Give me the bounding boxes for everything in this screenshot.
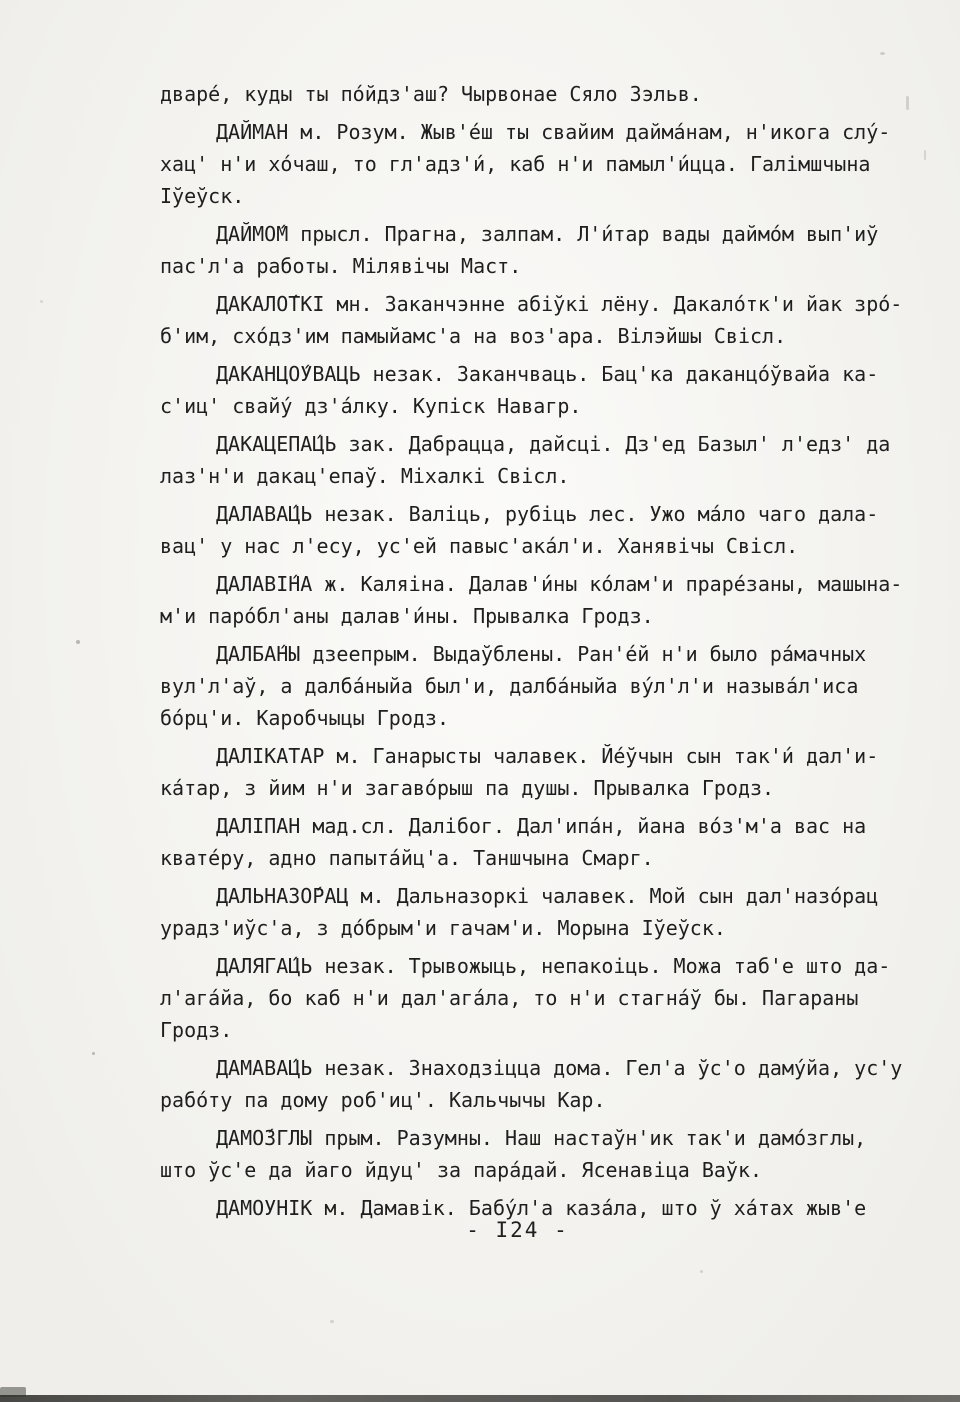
text-line: ДАЛІПАН мад.сл. Далібог. Дал'ипа́н, йана… xyxy=(160,810,875,842)
dictionary-entry: ДАЛАВІ́НА ж. Каляіна. Далав'и́ны ко́лам'… xyxy=(160,568,875,632)
dictionary-text-block: дваре́, куды ты по́йдз'аш? Чырвонае Сяло… xyxy=(160,78,875,1224)
text-line: рабо́ту па дому роб'иц'. Кальчычы Кар. xyxy=(160,1084,875,1116)
dictionary-entry: ДАКАЛО́ТКІ мн. Заканчэнне абіўкі лёну. Д… xyxy=(160,288,875,352)
continued-paragraph: дваре́, куды ты по́йдз'аш? Чырвонае Сяло… xyxy=(160,78,875,110)
text-line: Іўеўск. xyxy=(160,180,875,212)
dictionary-entry: ДАЛЯГА́ЦЬ незак. Трывожыць, непакоіць. М… xyxy=(160,950,875,1046)
text-line: дваре́, куды ты по́йдз'аш? Чырвонае Сяло… xyxy=(160,78,875,110)
dictionary-entry: ДАЛІКАТАР м. Ганарысты чалавек. Йе́ўчын … xyxy=(160,740,875,804)
scan-speck xyxy=(700,1270,703,1273)
dictionary-entry: ДАЛІПАН мад.сл. Далібог. Дал'ипа́н, йана… xyxy=(160,810,875,874)
text-line: хац' н'и хо́чаш, то гл'адз'и́, каб н'и п… xyxy=(160,148,875,180)
text-line: с'иц' свайу́ дз'а́лку. Купіск Навагр. xyxy=(160,390,875,422)
scan-bottom-edge xyxy=(0,1395,960,1402)
dictionary-entry: ДАМО́ЗГЛЫ прым. Разумны. Наш настаўн'ик … xyxy=(160,1122,875,1186)
text-line: ДАКАЛО́ТКІ мн. Заканчэнне абіўкі лёну. Д… xyxy=(160,288,875,320)
text-line: урадз'иўс'а, з до́брым'и гачам'и. Морына… xyxy=(160,912,875,944)
text-line: л'ага́йа, бо каб н'и дал'ага́ла, то н'и … xyxy=(160,982,875,1014)
text-line: Гродз. xyxy=(160,1014,875,1046)
text-line: ДАЙМАН м. Розум. Жыв'е́ш ты свайим дайма… xyxy=(160,116,875,148)
text-line: ДАМАВА́ЦЬ незак. Знаходзіцца дома. Гел'а… xyxy=(160,1052,875,1084)
text-line: вул'л'аў, а далба́ныйа был'и, далба́ныйа… xyxy=(160,670,875,702)
dictionary-entry: ДАЛБА́НЫ дзеепрым. Выдаўблены. Ран'е́й н… xyxy=(160,638,875,734)
text-line: ДАКАЦЕПА́ЦЬ зак. Дабрацца, дайсці. Дз'ед… xyxy=(160,428,875,460)
text-line: ДАЛІКАТАР м. Ганарысты чалавек. Йе́ўчын … xyxy=(160,740,875,772)
text-line: ДАЛЬНАЗО́РАЦ м. Дальназоркі чалавек. Мой… xyxy=(160,880,875,912)
text-line: ДАЛАВА́ЦЬ незак. Валіць, рубіць лес. Ужо… xyxy=(160,498,875,530)
dictionary-entry: ДАМАВА́ЦЬ незак. Знаходзіцца дома. Гел'а… xyxy=(160,1052,875,1116)
dictionary-entry: ДАЙМО́М прысл. Прагна, залпам. Л'и́тар в… xyxy=(160,218,875,282)
text-line: ка́тар, з йим н'и загаво́рыш па душы. Пр… xyxy=(160,772,875,804)
text-line: ДАКАНЦО́УВАЦЬ незак. Заканчваць. Бац'ка … xyxy=(160,358,875,390)
dictionary-entry: ДАЛЬНАЗО́РАЦ м. Дальназоркі чалавек. Мой… xyxy=(160,880,875,944)
scan-speck xyxy=(924,150,926,160)
text-line: ДАМО́ЗГЛЫ прым. Разумны. Наш настаўн'ик … xyxy=(160,1122,875,1154)
scan-speck xyxy=(906,96,909,110)
scan-speck xyxy=(330,1320,334,1323)
dictionary-entry: ДАКАНЦО́УВАЦЬ незак. Заканчваць. Бац'ка … xyxy=(160,358,875,422)
text-line: вац' у нас л'есу, ус'ей павыс'ака́л'и. Х… xyxy=(160,530,875,562)
text-line: ДАЛБА́НЫ дзеепрым. Выдаўблены. Ран'е́й н… xyxy=(160,638,875,670)
text-line: квате́ру, адно папыта́йц'а. Таншчына Сма… xyxy=(160,842,875,874)
text-line: пас'л'а работы. Мілявічы Маст. xyxy=(160,250,875,282)
text-line: лаз'н'и дакац'епаў. Міхалкі Свісл. xyxy=(160,460,875,492)
scan-speck xyxy=(76,640,80,644)
dictionary-entry: ДАКАЦЕПА́ЦЬ зак. Дабрацца, дайсці. Дз'ед… xyxy=(160,428,875,492)
scan-speck xyxy=(40,300,43,303)
text-line: б'им, схо́дз'им памыйамс'а на воз'ара. В… xyxy=(160,320,875,352)
scan-speck xyxy=(880,52,885,55)
page-number: - I24 - xyxy=(160,1218,875,1242)
text-line: ДАЛАВІ́НА ж. Каляіна. Далав'и́ны ко́лам'… xyxy=(160,568,875,600)
dictionary-entry: ДАЛАВА́ЦЬ незак. Валіць, рубіць лес. Ужо… xyxy=(160,498,875,562)
scan-speck xyxy=(92,1052,95,1055)
text-line: ДАЛЯГА́ЦЬ незак. Трывожыць, непакоіць. М… xyxy=(160,950,875,982)
text-line: ДАЙМО́М прысл. Прагна, залпам. Л'и́тар в… xyxy=(160,218,875,250)
text-line: м'и паро́бл'аны далав'и́ны. Прывалка Гро… xyxy=(160,600,875,632)
scanned-page: дваре́, куды ты по́йдз'аш? Чырвонае Сяло… xyxy=(0,0,960,1402)
text-line: што ўс'е да йаго йдуц' за пара́дай. Ясен… xyxy=(160,1154,875,1186)
text-line: бо́рц'и. Каробчыцы Гродз. xyxy=(160,702,875,734)
dictionary-entry: ДАЙМАН м. Розум. Жыв'е́ш ты свайим дайма… xyxy=(160,116,875,212)
